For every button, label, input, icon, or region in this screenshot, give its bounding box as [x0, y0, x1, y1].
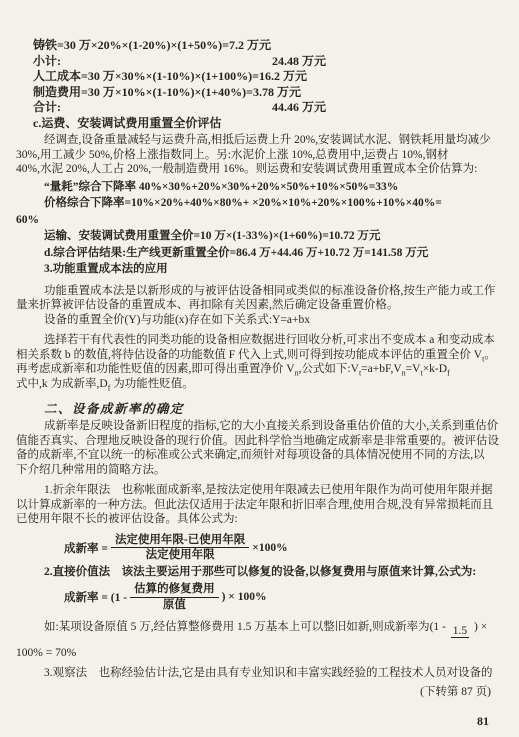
- formula-lhs: 成新率 = (1 -: [64, 589, 127, 605]
- paragraph-line: 经调查,设备重量减轻与运费升高,相抵后运费上升 20%,安装调试水泥、钢铁耗用量…: [16, 133, 495, 148]
- total-value: 44.46 万元: [272, 100, 326, 116]
- paragraph-line: 功能重置成本法是以新形成的与被评估设备相同或类似的标准设备价格,按生产能力或工作: [16, 284, 495, 299]
- paragraph-line: 式中,k 为成新率,Df 为功能性贬值。: [16, 377, 495, 392]
- total-label: 合计:: [33, 100, 61, 114]
- subtotal-value: 24.48 万元: [272, 54, 326, 70]
- example-text-pre: 如:某项设备原值 5 万,经估算整修费用 1.5 万基本上可以整旧如新,则成新率…: [44, 621, 446, 633]
- formula-remaining-life: 成新率 = 法定使用年限-已使用年限 法定使用年限 ×100%: [16, 534, 495, 562]
- continuation-note: (下转第 87 页): [16, 685, 495, 700]
- example-text-post: ) ×: [474, 621, 487, 633]
- fraction-denominator: 法定使用年限: [111, 548, 249, 562]
- formula-lhs: 成新率 =: [64, 540, 108, 556]
- fraction-denominator: [451, 638, 469, 641]
- page-content: 铸铁=30 万×20%×(1-20%)×(1+50%)=7.2 万元 小计: 2…: [0, 0, 519, 700]
- relation-formula-line: 设备的重置全价(Y)与功能(x)存在如下关系式:Y=a+bx: [16, 313, 495, 328]
- estimation-lines-block: “量耗”综合下降率 40%×30%+20%×30%+20%×50%+10%×50…: [16, 179, 495, 278]
- paragraph-line: 备的成新率,不宜以统一的标准或公式来确定,而须针对每项设备的具体情况使用不同的方…: [16, 448, 495, 463]
- subheading-c: c.运费、安装调试费用重置全价评估: [16, 116, 495, 132]
- document-page: 铸铁=30 万×20%×(1-20%)×(1+50%)=7.2 万元 小计: 2…: [0, 0, 519, 737]
- paragraph-line: 再考虑成新率和功能性贬值的因素,即可得出重置净价 Vn,公式如下:Vt=a+bF…: [16, 362, 495, 377]
- paragraph-line: 下介绍几种常用的简略方法。: [16, 463, 495, 478]
- fraction: 1.5: [451, 626, 469, 641]
- fraction-numerator: 法定使用年限-已使用年限: [111, 534, 249, 549]
- fraction: 估算的修复费用 原值: [130, 583, 219, 611]
- total-line: 合计: 44.46 万元: [16, 100, 495, 116]
- paragraph-line: 选择若干有代表性的同类功能的设备相应数据进行回收分析,可求出不变成本 a 和变动…: [16, 333, 495, 348]
- subheading-3-functional-method: 3.功能重置成本法的应用: [16, 261, 495, 278]
- paragraph-line: 相关系数 b 的数值,将待估设备的功能数值 F 代入上式,则可得到按功能成本评估…: [16, 348, 495, 363]
- formula-rhs: ) × 100%: [222, 591, 267, 603]
- formula-direct-value: 成新率 = (1 - 估算的修复费用 原值 ) × 100%: [16, 583, 495, 611]
- condition-rate-paragraph: 成新率是反映设备新旧程度的指标,它的大小直接关系到设备重估价值的大小,关系到重估…: [16, 419, 495, 477]
- fraction-numerator: 1.5: [451, 626, 469, 638]
- paragraph-line: 以计算成新率的一种方法。但此法仅适用于法定年限和折旧率合理,使用合规,没有异常损…: [16, 498, 495, 513]
- fraction: 法定使用年限-已使用年限 法定使用年限: [111, 534, 249, 562]
- price-rate-continuation: 60%: [16, 212, 495, 229]
- result-d-line: d.综合评估结果:生产线更新重置全价=86.4 万+44.46 万+10.72 …: [16, 245, 495, 262]
- paragraph-line: 1.折余年限法 也称帐面成新率,是按法定使用年限减去已使用年限作为尚可使用年限并…: [16, 483, 495, 498]
- regression-paragraph: 选择若干有代表性的同类功能的设备相应数据进行回收分析,可求出不变成本 a 和变动…: [16, 333, 495, 391]
- formula-line-manufacturing: 制造费用=30 万×10%×(1-10%)×(1+40%)=3.78 万元: [16, 85, 495, 101]
- paragraph-line: 已使用年限不长的被评估设备。具体公式为:: [16, 512, 495, 527]
- paragraph-line: 40%,水泥 20%,人工占 20%,一般制造费用 16%。则运费和安装调试费用…: [16, 162, 495, 177]
- paragraph-line: 30%,用工减少 50%,价格上涨指数同上。另:水泥价上涨 10%,总费用中,运…: [16, 148, 495, 163]
- method3-line: 3.观察法 也称经验估计法,它是由具有专业知识和丰富实践经验的工程技术人员对设备…: [16, 666, 495, 681]
- page-number: 81: [477, 714, 489, 729]
- formula-line-labor: 人工成本=30 万×30%×(1-10%)×(1+100%)=16.2 万元: [16, 69, 495, 85]
- example-continuation-line: 100% = 70%: [16, 646, 495, 661]
- cost-calculation-block: 铸铁=30 万×20%×(1-20%)×(1+50%)=7.2 万元 小计: 2…: [16, 38, 495, 131]
- consumption-rate-line: “量耗”综合下降率 40%×30%+20%×30%+20%×50%+10%×50…: [16, 179, 495, 196]
- functional-method-paragraph: 功能重置成本法是以新形成的与被评估设备相同或类似的标准设备价格,按生产能力或工作…: [16, 284, 495, 328]
- fraction-numerator: 估算的修复费用: [130, 583, 219, 598]
- paragraph-line: 量来折算被评估设备的重置成本、再扣除有关因素,然后确定设备重置价格。: [16, 298, 495, 313]
- formula-rhs: ×100%: [252, 542, 287, 554]
- price-rate-line: 价格综合下降率=10%×20%+40%×80%+ ×20%×10%+20%×10…: [16, 195, 495, 212]
- formula-line-cast-iron: 铸铁=30 万×20%×(1-20%)×(1+50%)=7.2 万元: [16, 38, 495, 54]
- subtotal-label: 小计:: [33, 54, 61, 68]
- example-line: 如:某项设备原值 5 万,经估算整修费用 1.5 万基本上可以整旧如新,则成新率…: [16, 617, 495, 641]
- paragraph-line: 成新率是反映设备新旧程度的指标,它的大小直接关系到设备重估价值的大小,关系到重估…: [16, 419, 495, 434]
- method2-line: 2.直接价值法 该法主要运用于那些可以修复的设备,以修复费用与原值来计算,公式为…: [16, 565, 495, 580]
- paragraph-line: 值能否真实、合理地反映设备的现行价值。因此科学恰当地确定成新率是非常重要的。被评…: [16, 434, 495, 449]
- section-heading-condition-rate: 二、设备成新率的确定: [16, 401, 495, 417]
- survey-paragraph: 经调查,设备重量减轻与运费升高,相抵后运费上升 20%,安装调试水泥、钢铁耗用量…: [16, 133, 495, 177]
- transport-cost-line: 运输、安装调试费用重置全价=10 万×(1-33%)×(1+60%)=10.72…: [16, 228, 495, 245]
- fraction-denominator: 原值: [130, 598, 219, 612]
- subtotal-line: 小计: 24.48 万元: [16, 54, 495, 70]
- method1-paragraph: 1.折余年限法 也称帐面成新率,是按法定使用年限减去已使用年限作为尚可使用年限并…: [16, 483, 495, 527]
